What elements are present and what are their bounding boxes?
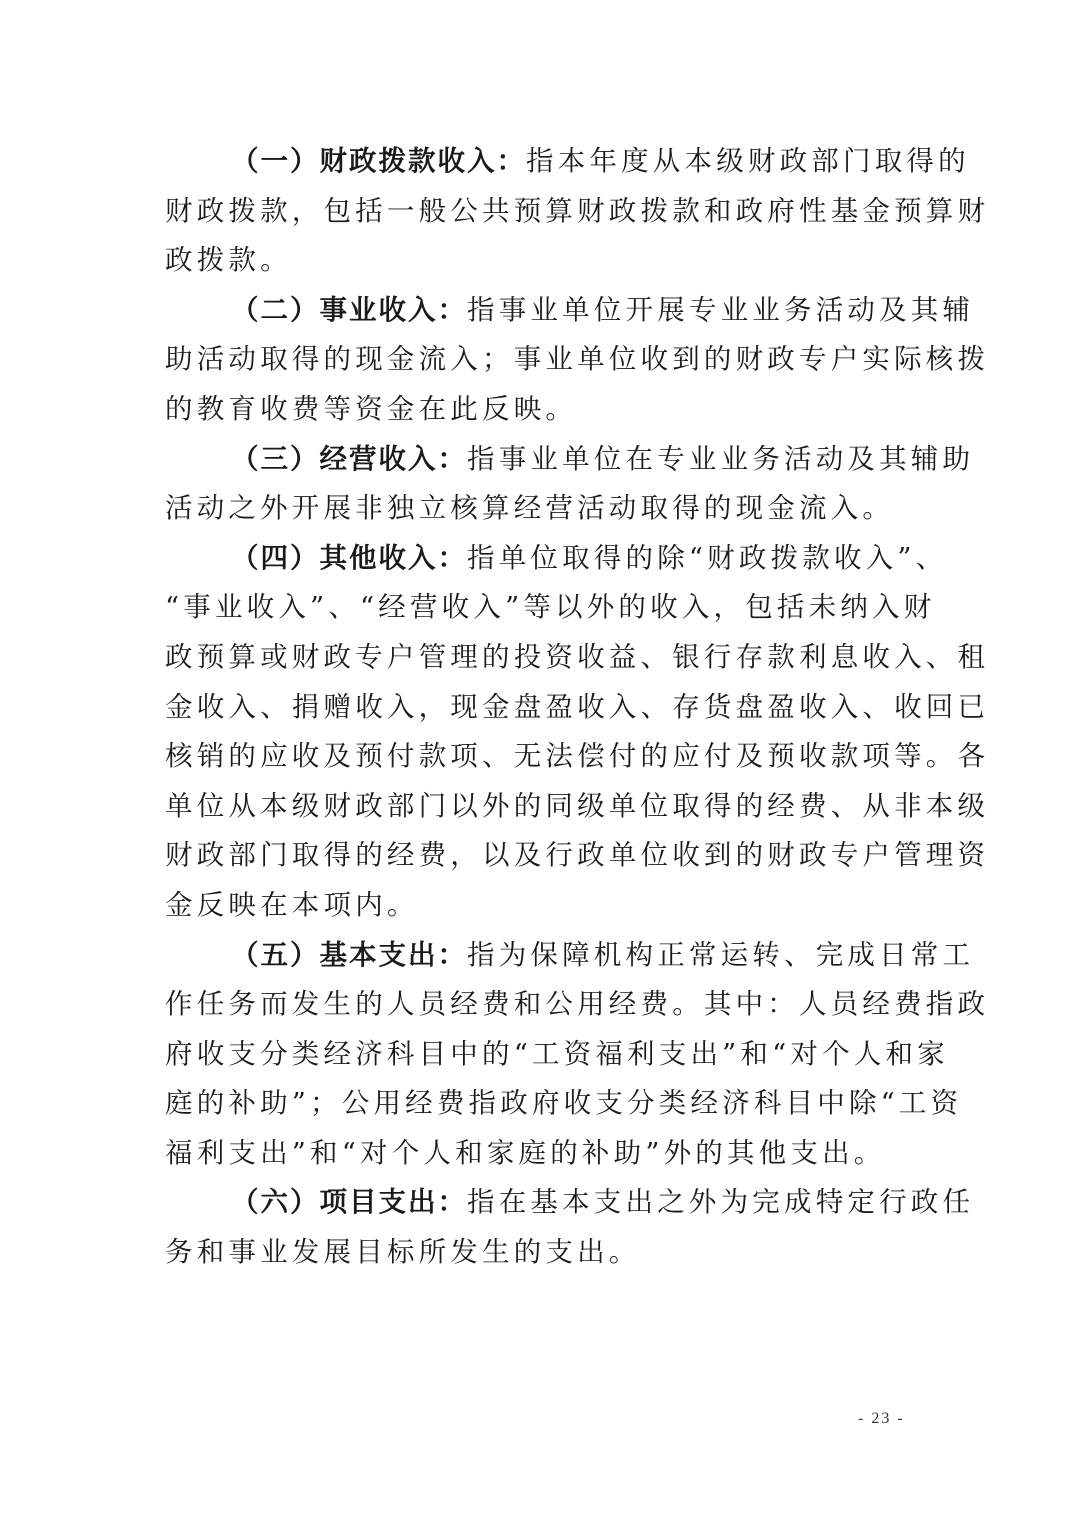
- definition-text: 指在基本支出之外为完成特定行政任: [467, 1186, 974, 1218]
- paragraph-line: （六）项目支出：指在基本支出之外为完成特定行政任: [165, 1178, 915, 1228]
- paragraph-line: 活动之外开展非独立核算经营活动取得的现金流入。: [165, 484, 915, 534]
- definition-item-project-expenditure: （六）项目支出：指在基本支出之外为完成特定行政任 务和事业发展目标所发生的支出。: [165, 1178, 915, 1277]
- definition-item-operating-income: （三）经营收入：指事业单位在专业业务活动及其辅助 活动之外开展非独立核算经营活动…: [165, 435, 915, 534]
- paragraph-line: 核销的应收及预付款项、无法偿付的应付及预收款项等。各: [165, 732, 915, 782]
- paragraph-line: 庭的补助”；公用经费指政府收支分类经济科目中除“工资: [165, 1079, 915, 1129]
- paragraph-line: 务和事业发展目标所发生的支出。: [165, 1228, 915, 1278]
- definition-item-business-income: （二）事业收入：指事业单位开展专业业务活动及其辅 助活动取得的现金流入；事业单位…: [165, 286, 915, 435]
- definition-term: （二）事业收入：: [231, 294, 467, 326]
- definition-term: （三）经营收入：: [231, 443, 467, 475]
- page-number: - 23 -: [858, 1410, 905, 1428]
- paragraph-line: 助活动取得的现金流入；事业单位收到的财政专户实际核拨: [165, 335, 915, 385]
- paragraph-line: （三）经营收入：指事业单位在专业业务活动及其辅助: [165, 435, 915, 485]
- paragraph-line: 金反映在本项内。: [165, 881, 915, 931]
- paragraph-line: 单位从本级财政部门以外的同级单位取得的经费、从非本级: [165, 782, 915, 832]
- paragraph-line: 财政拨款，包括一般公共预算财政拨款和政府性基金预算财: [165, 187, 915, 237]
- paragraph-line: 府收支分类经济科目中的“工资福利支出”和“对个人和家: [165, 1030, 915, 1080]
- paragraph-line: “事业收入”、“经营收入”等以外的收入，包括未纳入财: [165, 583, 915, 633]
- paragraph-line: 政预算或财政专户管理的投资收益、银行存款利息收入、租: [165, 633, 915, 683]
- definition-term: （四）其他收入：: [231, 542, 467, 574]
- definition-item-fiscal-appropriation-income: （一）财政拨款收入：指本年度从本级财政部门取得的 财政拨款，包括一般公共预算财政…: [165, 137, 915, 286]
- definition-term: （五）基本支出：: [231, 939, 467, 971]
- document-body: （一）财政拨款收入：指本年度从本级财政部门取得的 财政拨款，包括一般公共预算财政…: [165, 137, 915, 1278]
- paragraph-line: 金收入、捐赠收入，现金盘盈收入、存货盘盈收入、收回已: [165, 683, 915, 733]
- definition-term: （六）项目支出：: [231, 1186, 467, 1218]
- definition-text: 指单位取得的除“财政拨款收入”、: [467, 542, 947, 574]
- definition-text: 指为保障机构正常运转、完成日常工: [467, 939, 974, 971]
- paragraph-line: 作任务而发生的人员经费和公用经费。其中：人员经费指政: [165, 980, 915, 1030]
- paragraph-line: 政拨款。: [165, 236, 915, 286]
- definition-term: （一）财政拨款收入：: [231, 145, 526, 177]
- paragraph-line: 的教育收费等资金在此反映。: [165, 385, 915, 435]
- paragraph-line: （一）财政拨款收入：指本年度从本级财政部门取得的: [165, 137, 915, 187]
- definition-text: 指事业单位在专业业务活动及其辅助: [467, 443, 974, 475]
- paragraph-line: （二）事业收入：指事业单位开展专业业务活动及其辅: [165, 286, 915, 336]
- paragraph-line: （四）其他收入：指单位取得的除“财政拨款收入”、: [165, 534, 915, 584]
- definition-item-other-income: （四）其他收入：指单位取得的除“财政拨款收入”、 “事业收入”、“经营收入”等以…: [165, 534, 915, 931]
- paragraph-line: 财政部门取得的经费，以及行政单位收到的财政专户管理资: [165, 831, 915, 881]
- paragraph-line: 福利支出”和“对个人和家庭的补助”外的其他支出。: [165, 1129, 915, 1179]
- definition-item-basic-expenditure: （五）基本支出：指为保障机构正常运转、完成日常工 作任务而发生的人员经费和公用经…: [165, 931, 915, 1179]
- definition-text: 指本年度从本级财政部门取得的: [526, 145, 970, 177]
- paragraph-line: （五）基本支出：指为保障机构正常运转、完成日常工: [165, 931, 915, 981]
- definition-text: 指事业单位开展专业业务活动及其辅: [467, 294, 974, 326]
